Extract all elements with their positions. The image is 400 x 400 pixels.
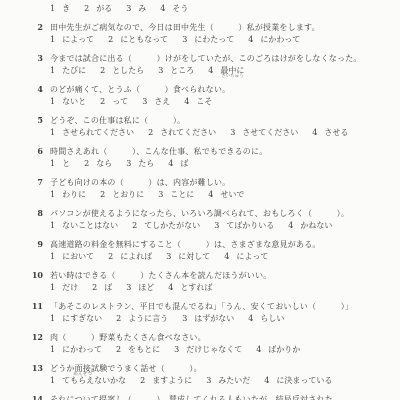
options-line: 1にかわって2をもとに3だけじゃなくて4ばかりか [50, 344, 394, 355]
option-3: 3ほど [126, 282, 154, 293]
question-number: 6 [31, 146, 43, 157]
option-number: 1 [50, 189, 55, 200]
options-line: 1にすぎない2ように言う3はずがない4らしい [50, 313, 394, 324]
question-text: 肉（ ）野菜もたくさん食べなさい。 [50, 332, 206, 343]
option-label: ように言う [128, 313, 168, 324]
question-number: 10 [31, 270, 43, 281]
option-label: において [62, 251, 94, 262]
options-line: 1によって2にともなって3にわたって4にかわって [50, 34, 394, 45]
option-number: 3 [126, 158, 131, 169]
option-2: 2としたら [100, 65, 144, 76]
option-1: 1てもらえないかな [50, 375, 126, 386]
option-label: がる [96, 3, 112, 14]
option-number: 2 [116, 344, 121, 355]
question-number: 11 [31, 301, 43, 312]
question-number: 7 [31, 177, 43, 188]
option-label: たびに [62, 65, 86, 76]
option-4: 4最中にさいちゅう [208, 65, 244, 76]
question-line: 5どうぞ、この仕事は私に（ ）。 [31, 115, 394, 126]
option-number: 2 [84, 158, 89, 169]
option-2: 2をもとに [116, 344, 160, 355]
option-label: みたいだ [218, 375, 250, 386]
option-4: 4せいで [208, 189, 244, 200]
option-number: 1 [50, 313, 55, 324]
option-number: 2 [100, 96, 105, 107]
question-list: 1き2がる3み4そう2田中先生がご病気なので、今日は田中先生（ ）私が授業をしま… [31, 3, 394, 400]
question-block: 2田中先生がご病気なので、今日は田中先生（ ）私が授業をします。1によって2にと… [31, 22, 394, 45]
option-label: ば [104, 282, 112, 293]
option-3: 3に対して [166, 251, 210, 262]
option-label: ところ [170, 65, 194, 76]
option-number: 3 [158, 65, 163, 76]
option-label: って [112, 96, 128, 107]
option-3: 3たら [126, 158, 154, 169]
question-line: 9高速道路の料金を無料にすること（ ）は、さまざまな意見がある。 [31, 239, 394, 250]
question-number: 8 [31, 208, 43, 219]
question-number: 2 [31, 22, 43, 33]
question-block: 7子ども向けの本の（ ）は、内容が難しい。1わりに2とおりに3ことに4せいで [31, 177, 394, 200]
option-1: 1たびに [50, 65, 86, 76]
option-label: 最中にさいちゅう [220, 65, 244, 76]
option-number: 1 [50, 251, 55, 262]
option-number: 2 [132, 220, 137, 231]
option-3: 3ことに [158, 189, 194, 200]
option-number: 3 [182, 313, 187, 324]
question-number: 3 [31, 53, 43, 64]
option-2: 2がる [84, 3, 112, 14]
option-label: ますように [152, 375, 192, 386]
option-number: 3 [230, 127, 235, 138]
question-block: 12肉（ ）野菜もたくさん食べなさい。1にかわって2をもとに3だけじゃなくて4ば… [31, 332, 394, 355]
option-number: 1 [50, 96, 55, 107]
option-number: 1 [50, 220, 55, 231]
option-number: 1 [50, 344, 55, 355]
option-2: 2によれば [108, 251, 152, 262]
option-2: 2にともなって [108, 34, 168, 45]
option-label: させてください [242, 127, 298, 138]
option-number: 1 [50, 65, 55, 76]
question-text: 田中先生がご病気なので、今日は田中先生（ ）私が授業をします。 [50, 22, 320, 33]
option-number: 2 [84, 3, 89, 14]
furigana: さいちゅう [221, 74, 244, 79]
options-line: 1ないことはない2てしかたがない3てばかりいる4かねない [50, 220, 394, 231]
option-number: 2 [100, 65, 105, 76]
option-number: 3 [166, 251, 171, 262]
option-number: 4 [288, 220, 293, 231]
option-number: 3 [126, 3, 131, 14]
question-block: 4のどが痛くて、とうふ（ ）食べられない。1ないと2って3さえ4こそ [31, 84, 394, 107]
question-number: 14 [31, 394, 43, 400]
question-line: 6時間さえあれ（ ）、こんな仕事、私でもできるのに。 [31, 146, 394, 157]
option-2: 2ように言う [116, 313, 168, 324]
option-3: 3させてください [230, 127, 298, 138]
question-block: 8パソコンが使えるようになったら、いろいろ調べられて、おもしろく（ ）。1ないこ… [31, 208, 394, 231]
option-number: 1 [50, 3, 55, 14]
question-block: 10若い時はできる（ ）たくさん本を読んだほうがいい。1だけ2ば3ほど4とすれば [31, 270, 394, 293]
option-4: 4そう [160, 3, 188, 14]
option-label: されてください [160, 127, 216, 138]
furigana: めんせつ [73, 372, 92, 377]
question-line: 4のどが痛くて、とうふ（ ）食べられない。 [31, 84, 394, 95]
option-number: 1 [50, 375, 55, 386]
option-number: 2 [100, 189, 105, 200]
question-line: 14それについて提案し（ ）、賛成さんせいしてくれる人もいたが、結局けっきょく反… [31, 394, 394, 400]
option-4: 4とすれば [168, 282, 212, 293]
options-line: 1たびに2としたら3ところ4最中にさいちゅう [50, 65, 394, 76]
option-2: 2ますように [140, 375, 192, 386]
option-label: としたら [112, 65, 144, 76]
option-number: 4 [208, 65, 213, 76]
question-line: 13どうか面接めんせつ試験でうまく話せ（ ）。 [31, 363, 394, 374]
question-block: 6時間さえあれ（ ）、こんな仕事、私でもできるのに。1と2なら3たら4ば [31, 146, 394, 169]
option-2: 2ば [92, 282, 112, 293]
option-3: 3はずがない [182, 313, 234, 324]
option-1: 1わりに [50, 189, 86, 200]
options-line: 1において2によれば3に対して4によって [50, 251, 394, 262]
option-4: 4らしい [248, 313, 284, 324]
question-line: 12肉（ ）野菜もたくさん食べなさい。 [31, 332, 394, 343]
option-label: わりに [62, 189, 86, 200]
option-label: だけ [62, 282, 78, 293]
option-3: 3さえ [142, 96, 170, 107]
option-label: ば [180, 158, 188, 169]
option-label: そう [172, 3, 188, 14]
option-1: 1と [50, 158, 70, 169]
options-line: 1と2なら3たら4ば [50, 158, 394, 169]
option-label: によれば [120, 251, 152, 262]
option-number: 3 [214, 220, 219, 231]
ruby-base: 反対はんたい [292, 394, 308, 400]
option-label: はずがない [194, 313, 234, 324]
option-label: にわたって [194, 34, 234, 45]
option-number: 3 [158, 189, 163, 200]
question-text: 高速道路の料金を無料にすること（ ）は、さまざまな意見がある。 [50, 239, 321, 250]
question-block: 13どうか面接めんせつ試験でうまく話せ（ ）。1てもらえないかな2ますように3み… [31, 363, 394, 386]
option-1: 1ないと [50, 96, 86, 107]
question-block: 5どうぞ、この仕事は私に（ ）。1させられてください2されてください3させてくだ… [31, 115, 394, 138]
option-label: ばかりか [268, 344, 300, 355]
option-3: 3てばかりいる [214, 220, 274, 231]
question-block: 14それについて提案し（ ）、賛成さんせいしてくれる人もいたが、結局けっきょく反… [31, 394, 394, 400]
question-text: のどが痛くて、とうふ（ ）食べられない。 [50, 84, 230, 95]
option-label: させる [324, 127, 348, 138]
option-2: 2されてください [148, 127, 216, 138]
option-3: 3みたいだ [206, 375, 250, 386]
option-label: てもらえないかな [62, 375, 126, 386]
option-label: にすぎない [62, 313, 102, 324]
option-label: き [62, 3, 70, 14]
option-1: 1にかわって [50, 344, 102, 355]
options-line: 1させられてください2されてください3させてください4させる [50, 127, 394, 138]
option-label: をもとに [128, 344, 160, 355]
option-number: 2 [108, 34, 113, 45]
option-number: 4 [168, 158, 173, 169]
option-1: 1ないことはない [50, 220, 118, 231]
option-label: ないことはない [62, 220, 118, 231]
option-label: らしい [260, 313, 284, 324]
option-label: させられてください [62, 127, 134, 138]
option-number: 3 [174, 344, 179, 355]
question-text: 若い時はできる（ ）たくさん本を読んだほうがいい。 [50, 270, 271, 281]
option-number: 4 [208, 189, 213, 200]
option-number: 4 [312, 127, 317, 138]
option-number: 1 [50, 158, 55, 169]
question-text: 子ども向けの本の（ ）は、内容が難しい。 [50, 177, 230, 188]
option-number: 3 [142, 96, 147, 107]
option-number: 4 [168, 282, 173, 293]
question-line: 8パソコンが使えるようになったら、いろいろ調べられて、おもしろく（ ）。 [31, 208, 394, 219]
option-4: 4させる [312, 127, 348, 138]
ruby-base: 面接めんせつ [75, 363, 91, 374]
option-label: せいで [220, 189, 244, 200]
question-line: 3今までは試合に出る（ ）けがをしていたが、このごろはけがをしなくなった。 [31, 53, 394, 64]
option-label: によって [236, 251, 268, 262]
question-text: どうか面接めんせつ試験でうまく話せ（ ）。 [50, 363, 202, 374]
option-label: にともなって [120, 34, 168, 45]
option-3: 3み [126, 3, 146, 14]
option-number: 1 [50, 127, 55, 138]
option-label: かねない [300, 220, 332, 231]
option-label: てしかたがない [144, 220, 200, 231]
option-1: 1き [50, 3, 70, 14]
option-number: 4 [160, 3, 165, 14]
option-label: ほど [138, 282, 154, 293]
option-label: こそ [196, 96, 212, 107]
question-line: 11「あそこのレストラン、平日でも混んでるね」「うん、安くておいしい（ ）」 [31, 301, 394, 312]
option-label: と [62, 158, 70, 169]
option-number: 3 [182, 34, 187, 45]
option-label: たら [138, 158, 154, 169]
option-4: 4に決まっている [264, 375, 332, 386]
option-number: 4 [184, 96, 189, 107]
question-block: 11「あそこのレストラン、平日でも混んでるね」「うん、安くておいしい（ ）」1に… [31, 301, 394, 324]
option-number: 1 [50, 282, 55, 293]
option-number: 2 [140, 375, 145, 386]
option-1: 1させられてください [50, 127, 134, 138]
option-label: てばかりいる [226, 220, 274, 231]
option-number: 4 [256, 344, 261, 355]
question-text: 「あそこのレストラン、平日でも混んでるね」「うん、安くておいしい（ ）」 [50, 301, 353, 312]
option-label: に決まっている [276, 375, 332, 386]
option-number: 3 [206, 375, 211, 386]
option-label: ないと [62, 96, 86, 107]
option-1: 1だけ [50, 282, 78, 293]
option-label: にかわって [260, 34, 300, 45]
option-number: 2 [148, 127, 153, 138]
option-3: 3にわたって [182, 34, 234, 45]
option-label: にかわって [62, 344, 102, 355]
question-text: パソコンが使えるようになったら、いろいろ調べられて、おもしろく（ ）。 [50, 208, 349, 219]
question-block: 9高速道路の料金を無料にすること（ ）は、さまざまな意見がある。1において2によ… [31, 239, 394, 262]
options-line: 1き2がる3み4そう [50, 3, 394, 14]
document-page: 1き2がる3み4そう2田中先生がご病気なので、今日は田中先生（ ）私が授業をしま… [0, 0, 400, 400]
option-4: 4こそ [184, 96, 212, 107]
option-2: 2とおりに [100, 189, 144, 200]
option-number: 1 [50, 34, 55, 45]
option-4: 4ばかりか [256, 344, 300, 355]
option-number: 4 [224, 251, 229, 262]
option-label: とすれば [180, 282, 212, 293]
option-2: 2てしかたがない [132, 220, 200, 231]
option-4: 4によって [224, 251, 268, 262]
option-number: 2 [92, 282, 97, 293]
question-number: 12 [31, 332, 43, 343]
option-1: 1にすぎない [50, 313, 102, 324]
option-number: 4 [264, 375, 269, 386]
option-2: 2って [100, 96, 128, 107]
ruby-base: 結局けっきょく [275, 394, 291, 400]
question-number: 5 [31, 115, 43, 126]
options-line: 1ないと2って3さえ4こそ [50, 96, 394, 107]
option-label: に対して [178, 251, 210, 262]
option-1: 1によって [50, 34, 94, 45]
option-label: とおりに [112, 189, 144, 200]
option-number: 2 [108, 251, 113, 262]
question-line: 7子ども向けの本の（ ）は、内容が難しい。 [31, 177, 394, 188]
option-number: 4 [248, 34, 253, 45]
option-label: み [138, 3, 146, 14]
question-line: 10若い時はできる（ ）たくさん本を読んだほうがいい。 [31, 270, 394, 281]
question-text: 今までは試合に出る（ ）けがをしていたが、このごろはけがをしなくなった。 [50, 53, 362, 64]
question-block: 1き2がる3み4そう [31, 3, 394, 14]
option-3: 3だけじゃなくて [174, 344, 242, 355]
option-label: なら [96, 158, 112, 169]
option-4: 4にかわって [248, 34, 300, 45]
ruby-base: 賛成さんせい [169, 394, 185, 400]
question-block: 3今までは試合に出る（ ）けがをしていたが、このごろはけがをしなくなった。1たび… [31, 53, 394, 76]
question-number: 9 [31, 239, 43, 250]
options-line: 1てもらえないかな2ますように3みたいだ4に決まっている [50, 375, 394, 386]
option-number: 3 [126, 282, 131, 293]
option-number: 4 [248, 313, 253, 324]
option-4: 4ば [168, 158, 188, 169]
option-label: さえ [154, 96, 170, 107]
question-number: 13 [31, 363, 43, 374]
option-3: 3ところ [158, 65, 194, 76]
option-number: 2 [116, 313, 121, 324]
question-number: 4 [31, 84, 43, 95]
option-1: 1において [50, 251, 94, 262]
option-4: 4かねない [288, 220, 332, 231]
option-2: 2なら [84, 158, 112, 169]
question-line: 2田中先生がご病気なので、今日は田中先生（ ）私が授業をします。 [31, 22, 394, 33]
option-label: ことに [170, 189, 194, 200]
question-text: それについて提案し（ ）、賛成さんせいしてくれる人もいたが、結局けっきょく反対は… [50, 394, 341, 400]
options-line: 1だけ2ば3ほど4とすれば [50, 282, 394, 293]
option-label: だけじゃなくて [186, 344, 242, 355]
options-line: 1わりに2とおりに3ことに4せいで [50, 189, 394, 200]
option-label: によって [62, 34, 94, 45]
question-text: 時間さえあれ（ ）、こんな仕事、私でもできるのに。 [50, 146, 267, 157]
question-text: どうぞ、この仕事は私に（ ）。 [50, 115, 185, 126]
